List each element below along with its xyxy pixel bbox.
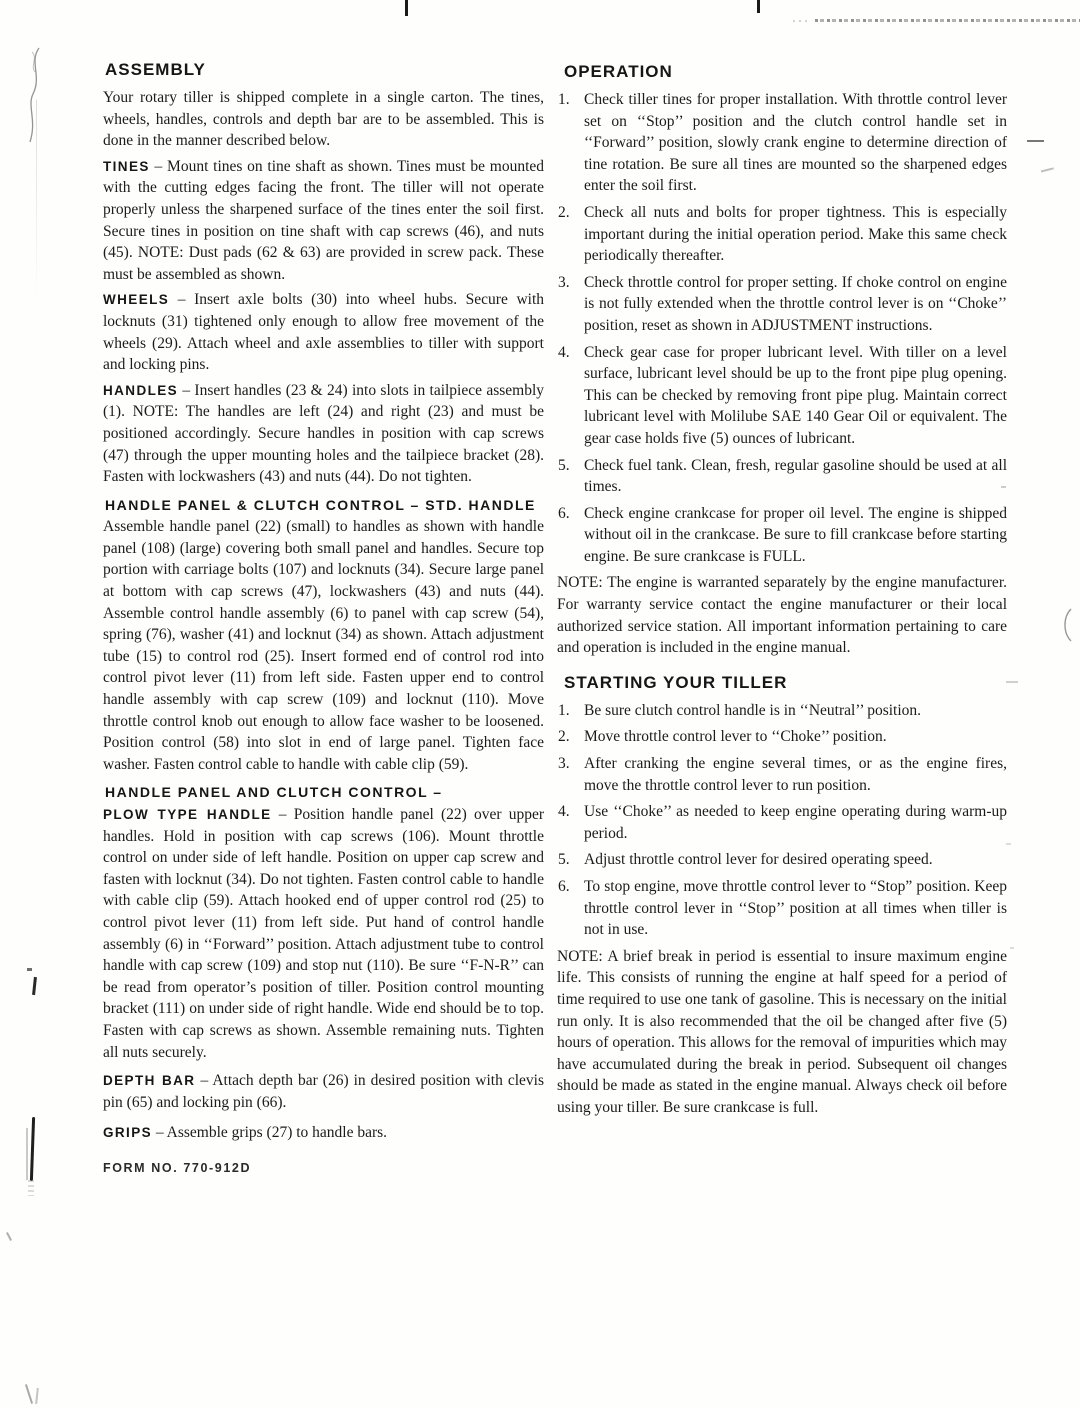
scan-tick-mark bbox=[1010, 947, 1014, 949]
step-text: Use ‘‘Choke’’ as needed to keep engine o… bbox=[584, 803, 1007, 842]
starting-step: 5. Adjust throttle control lever for des… bbox=[557, 849, 1007, 871]
step-number: 1. bbox=[558, 700, 570, 722]
starting-step: 2. Move throttle control lever to ‘‘Chok… bbox=[557, 726, 1007, 748]
step-text: Check all nuts and bolts for proper tigh… bbox=[584, 204, 1007, 264]
operation-step: 5. Check fuel tank. Clean, fresh, regula… bbox=[557, 455, 1007, 498]
step-text: Adjust throttle control lever for desire… bbox=[584, 851, 933, 868]
section-heading-assembly: ASSEMBLY bbox=[105, 60, 544, 80]
engine-warranty-note: NOTE: The engine is warranted separately… bbox=[557, 572, 1007, 658]
handle-panel-std-paragraph: Assemble handle panel (22) (small) to ha… bbox=[103, 516, 544, 775]
tines-paragraph: TINES – Mount tines on tine shaft as sho… bbox=[103, 156, 544, 286]
right-column: OPERATION 1. Check tiller tines for prop… bbox=[557, 62, 1007, 1124]
starting-step: 3. After cranking the engine several tim… bbox=[557, 753, 1007, 796]
step-number: 4. bbox=[558, 342, 570, 364]
subheading-handle-panel-plow: HANDLE PANEL AND CLUTCH CONTROL – bbox=[105, 782, 544, 804]
step-number: 2. bbox=[558, 726, 570, 748]
break-in-period-note: NOTE: A brief break in period is essenti… bbox=[557, 946, 1007, 1119]
scan-ink-mark bbox=[25, 1384, 33, 1404]
starting-step: 6. To stop engine, move throttle control… bbox=[557, 876, 1007, 941]
operation-step: 6. Check engine crankcase for proper oil… bbox=[557, 503, 1007, 568]
step-number: 4. bbox=[558, 801, 570, 823]
registration-tick-mark bbox=[757, 0, 760, 13]
starting-step: 4. Use ‘‘Choke’’ as needed to keep engin… bbox=[557, 801, 1007, 844]
step-number: 3. bbox=[558, 753, 570, 775]
step-number: 5. bbox=[558, 849, 570, 871]
scan-ink-dot bbox=[27, 968, 32, 971]
step-text: After cranking the engine several times,… bbox=[584, 755, 1007, 794]
step-number: 3. bbox=[558, 272, 570, 294]
step-text: Check gear case for proper lubricant lev… bbox=[584, 344, 1007, 447]
scan-pen-stroke-shadow bbox=[26, 1128, 28, 1180]
depth-bar-paragraph: DEPTH BAR – Attach depth bar (26) in des… bbox=[103, 1070, 544, 1113]
wheels-text: – Insert axle bolts (30) into wheel hubs… bbox=[103, 291, 544, 373]
scan-ink-mark bbox=[1039, 161, 1054, 173]
step-number: 5. bbox=[558, 455, 570, 477]
operation-step: 1. Check tiller tines for proper install… bbox=[557, 89, 1007, 197]
step-text: Move throttle control lever to ‘‘Choke’’… bbox=[584, 728, 887, 745]
left-column: ASSEMBLY Your rotary tiller is shipped c… bbox=[103, 60, 544, 1175]
starting-step: 1. Be sure clutch control handle is in ‘… bbox=[557, 700, 1007, 722]
handles-paragraph: HANDLES – Insert handles (23 & 24) into … bbox=[103, 380, 544, 488]
registration-tick-mark bbox=[405, 0, 408, 16]
step-text: Check tiller tines for proper installati… bbox=[584, 91, 1007, 194]
scan-ink-mark bbox=[35, 1388, 39, 1404]
depth-bar-label: DEPTH BAR bbox=[103, 1073, 195, 1088]
operation-step: 2. Check all nuts and bolts for proper t… bbox=[557, 202, 1007, 267]
wheels-label: WHEELS bbox=[103, 292, 169, 307]
scan-ink-mark bbox=[32, 977, 37, 995]
step-text: Be sure clutch control handle is in ‘‘Ne… bbox=[584, 702, 921, 719]
manual-page: ASSEMBLY Your rotary tiller is shipped c… bbox=[0, 0, 1080, 1409]
operation-steps-list: 1. Check tiller tines for proper install… bbox=[557, 89, 1007, 567]
scan-paren-mark bbox=[1060, 607, 1074, 643]
grips-text: – Assemble grips (27) to handle bars. bbox=[156, 1124, 387, 1141]
plow-type-handle-paragraph: PLOW TYPE HANDLE – Position handle panel… bbox=[103, 804, 544, 1063]
scan-scratch-mark bbox=[36, 100, 37, 300]
scan-dashed-line-dots bbox=[793, 20, 807, 22]
scan-dash-mark bbox=[1027, 140, 1044, 142]
step-text: Check engine crankcase for proper oil le… bbox=[584, 505, 1007, 565]
section-heading-starting: STARTING YOUR TILLER bbox=[564, 673, 1007, 693]
wheels-paragraph: WHEELS – Insert axle bolts (30) into whe… bbox=[103, 289, 544, 375]
subheading-handle-panel-std: HANDLE PANEL & CLUTCH CONTROL – STD. HAN… bbox=[105, 495, 544, 517]
handles-label: HANDLES bbox=[103, 383, 178, 398]
step-text: Check throttle control for proper settin… bbox=[584, 274, 1007, 334]
section-heading-operation: OPERATION bbox=[564, 62, 1007, 82]
step-text: Check fuel tank. Clean, fresh, regular g… bbox=[584, 457, 1007, 496]
operation-step: 3. Check throttle control for proper set… bbox=[557, 272, 1007, 337]
step-number: 6. bbox=[558, 503, 570, 525]
scan-speckle bbox=[28, 1180, 34, 1196]
operation-step: 4. Check gear case for proper lubricant … bbox=[557, 342, 1007, 450]
starting-steps-list: 1. Be sure clutch control handle is in ‘… bbox=[557, 700, 1007, 941]
plow-type-handle-label: PLOW TYPE HANDLE bbox=[103, 807, 272, 822]
scan-squiggle-mark bbox=[24, 46, 46, 146]
tines-label: TINES bbox=[103, 159, 150, 174]
step-number: 6. bbox=[558, 876, 570, 898]
plow-type-handle-text: – Position handle panel (22) over upper … bbox=[103, 806, 544, 1061]
scan-pen-stroke bbox=[30, 1117, 35, 1181]
step-number: 1. bbox=[558, 89, 570, 111]
step-number: 2. bbox=[558, 202, 570, 224]
step-text: To stop engine, move throttle control le… bbox=[584, 878, 1007, 938]
scan-dashed-line bbox=[815, 19, 1080, 22]
grips-label: GRIPS bbox=[103, 1125, 152, 1140]
scan-ink-mark bbox=[6, 1232, 12, 1241]
form-number: FORM NO. 770-912D bbox=[103, 1161, 544, 1175]
tines-text: – Mount tines on tine shaft as shown. Ti… bbox=[103, 158, 544, 283]
scan-dash-mark bbox=[1006, 681, 1018, 683]
assembly-intro-paragraph: Your rotary tiller is shipped complete i… bbox=[103, 87, 544, 152]
grips-paragraph: GRIPS – Assemble grips (27) to handle ba… bbox=[103, 1122, 544, 1144]
